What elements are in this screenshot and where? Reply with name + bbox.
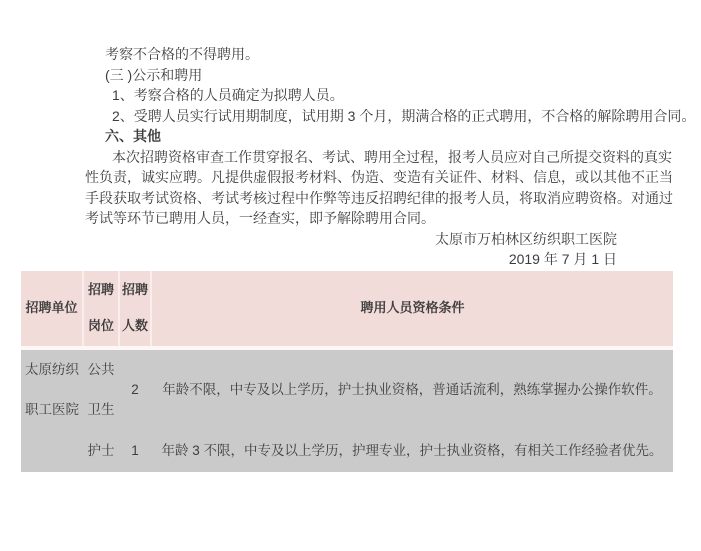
doc-line: (三 )公示和聘用 bbox=[85, 65, 663, 86]
cell-count: 1 bbox=[119, 430, 151, 472]
cell-requirements: 年龄不限，中专及以上学历，护士执业资格，普通话流利，熟练掌握办公操作软件。 bbox=[151, 348, 673, 430]
doc-line: 2、受聘人员实行试用期制度，试用期 3 个月，期满合格的正式聘用，不合格的解除聘… bbox=[85, 106, 663, 127]
doc-line: 本次招聘资格审查工作贯穿报名、考试、聘用全过程，报考人员应对自己所提交资料的真实 bbox=[85, 147, 663, 168]
table-row: 太原纺织 职工医院 公共 卫生 2 年龄不限，中专及以上学历，护士执业资格，普通… bbox=[21, 348, 673, 430]
header-cell-count: 招聘 人数 bbox=[119, 271, 151, 348]
cell-post: 公共 卫生 bbox=[83, 348, 119, 430]
cell-unit bbox=[21, 430, 83, 472]
header-cell-post: 招聘 岗位 bbox=[83, 271, 119, 348]
cell-requirements: 年龄 3 不限，中专及以上学历，护理专业，护士执业资格，有相关工作经验者优先。 bbox=[151, 430, 673, 472]
header-cell-requirements: 聘用人员资格条件 bbox=[151, 271, 673, 348]
doc-line: 考察不合格的不得聘用。 bbox=[85, 44, 663, 65]
recruitment-table: 招聘单位 招聘 岗位 招聘 人数 聘用人员资格条件 太原纺织 职工医院 公共 卫… bbox=[21, 271, 673, 472]
cell-unit: 太原纺织 职工医院 bbox=[21, 348, 83, 430]
table-header-row: 招聘单位 招聘 岗位 招聘 人数 聘用人员资格条件 bbox=[21, 271, 673, 348]
doc-line: 考试等环节已聘用人员，一经查实，即予解除聘用合同。 bbox=[85, 208, 663, 229]
doc-line: 性负责，诚实应聘。凡提供虚假报考材料、伪造、变造有关证件、材料、信息，或以其他不… bbox=[85, 167, 663, 188]
doc-line: 1、考察合格的人员确定为拟聘人员。 bbox=[85, 85, 663, 106]
table-row: 护士 1 年龄 3 不限，中专及以上学历，护理专业，护士执业资格，有相关工作经验… bbox=[21, 430, 673, 472]
cell-post: 护士 bbox=[83, 430, 119, 472]
signature-organization: 太原市万柏林区纺织职工医院 bbox=[85, 229, 663, 250]
doc-section-heading: 六、其他 bbox=[85, 126, 663, 147]
doc-line: 手段获取考试资格、考试考核过程中作弊等违反招聘纪律的报考人员，将取消应聘资格。对… bbox=[85, 188, 663, 209]
table-header: 招聘单位 招聘 岗位 招聘 人数 聘用人员资格条件 bbox=[21, 271, 673, 348]
cell-count: 2 bbox=[119, 348, 151, 430]
table-body: 太原纺织 职工医院 公共 卫生 2 年龄不限，中专及以上学历，护士执业资格，普通… bbox=[21, 348, 673, 472]
signature-date: 2019 年 7 月 1 日 bbox=[85, 249, 663, 270]
document-text: 考察不合格的不得聘用。 (三 )公示和聘用 1、考察合格的人员确定为拟聘人员。 … bbox=[85, 44, 663, 270]
header-cell-unit: 招聘单位 bbox=[21, 271, 83, 348]
